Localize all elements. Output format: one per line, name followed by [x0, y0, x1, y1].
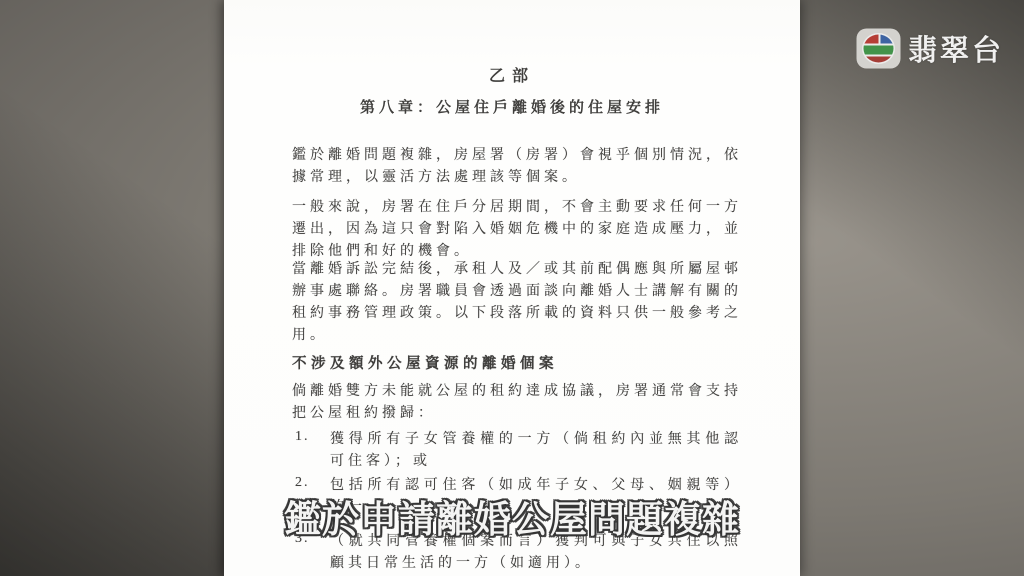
- channel-bug: 翡翠台: [856, 26, 1016, 70]
- broadcast-frame: 乙部 第八章：公屋住戶離婚後的住屋安排 鑑於離婚問題複雜，房屋署（房署）會視乎個…: [0, 0, 1024, 576]
- list-item-text: 獲得所有子女管養權的一方（倘租約內並無其他認可住客）；或: [330, 429, 742, 473]
- document-section-heading: 不涉及額外公屋資源的離婚個案: [292, 352, 752, 373]
- document-paragraph: 當離婚訴訟完結後，承租人及／或其前配偶應與所屬屋邨辦事處聯絡。房署職員會透過面談…: [292, 259, 742, 347]
- document-part-title: 乙部: [224, 63, 800, 86]
- document-paragraph: 一般來說，房署在住戶分居期間，不會主動要求任何一方遷出，因為這只會對陷入婚姻危機…: [292, 197, 742, 263]
- tvb-logo-icon: [856, 28, 901, 69]
- channel-name: 翡翠台: [908, 28, 1004, 69]
- subtitle-caption: 鑑於申請離婚公屋問題複雜: [0, 489, 1024, 543]
- list-item-number: 1.: [295, 429, 310, 445]
- document-section-intro: 倘離婚雙方未能就公屋的租約達成協議，房署通常會支持把公屋租約撥歸：: [292, 381, 742, 425]
- document-paragraph: 鑑於離婚問題複雜，房屋署（房署）會視乎個別情況，依據常理，以靈活方法處理該等個案…: [292, 145, 742, 189]
- document-chapter-title: 第八章：公屋住戶離婚後的住屋安排: [224, 96, 800, 117]
